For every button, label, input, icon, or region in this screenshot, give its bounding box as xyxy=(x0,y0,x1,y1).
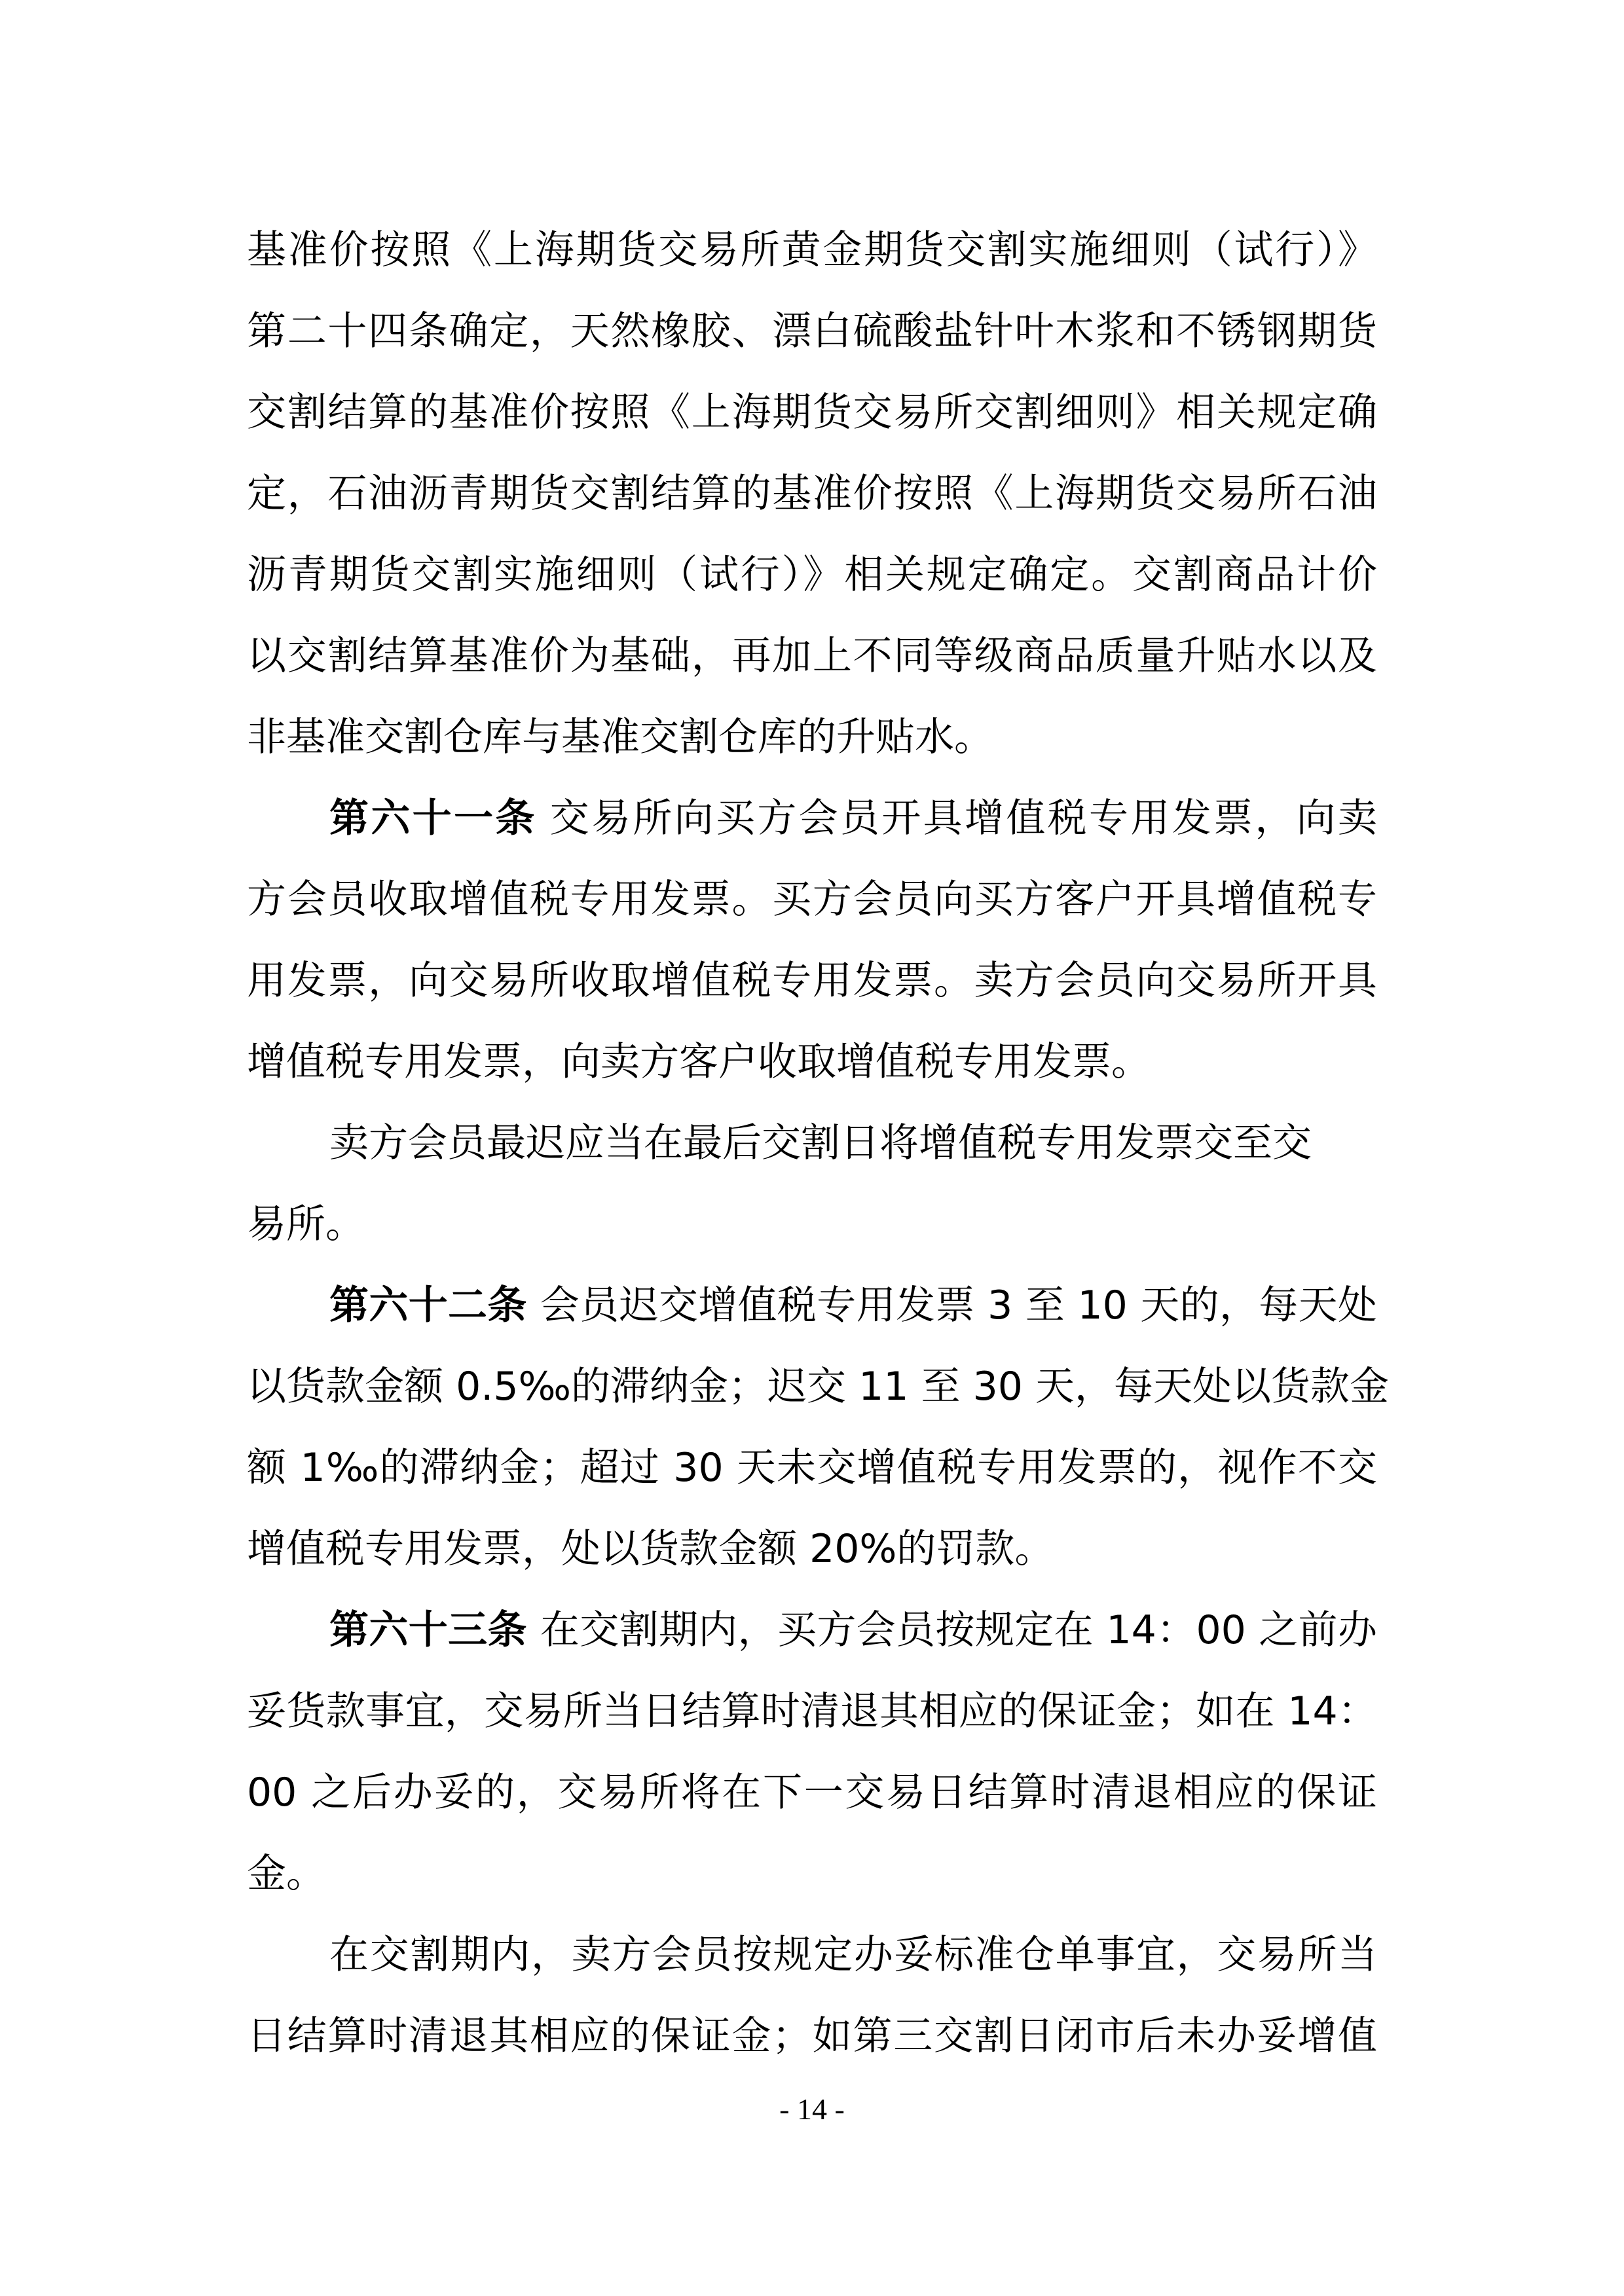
paragraph-continuation: 基准价按照《上海期货交易所黄金期货交割实施细则（试行）》 第二十四条确定，天然橡… xyxy=(247,210,1377,778)
article-text: 交易所向买方会员开具增值税专用发票，向卖 xyxy=(550,795,1377,841)
text-line: 易所。 xyxy=(247,1184,1377,1265)
text-line: 妥货款事宜，交易所当日结算时清退其相应的保证金；如在 14： xyxy=(247,1671,1377,1752)
text-line: 额 1‰的滞纳金；超过 30 天未交增值税专用发票的，视作不交 xyxy=(247,1427,1377,1508)
article-text: 在交割期内，买方会员按规定在 14：00 之前办 xyxy=(540,1607,1377,1653)
text-line: 以交割结算基准价为基础，再加上不同等级商品质量升贴水以及 xyxy=(247,615,1377,697)
article-63-paragraph-2: 在交割期内，卖方会员按规定办妥标准仓单事宜，交易所当 日结算时清退其相应的保证金… xyxy=(247,1914,1377,2077)
text-line: 非基准交割仓库与基准交割仓库的升贴水。 xyxy=(247,697,1377,778)
text-line: 以货款金额 0.5‰的滞纳金；迟交 11 至 30 天，每天处以货款金 xyxy=(247,1346,1377,1427)
document-body: 基准价按照《上海期货交易所黄金期货交割实施细则（试行）》 第二十四条确定，天然橡… xyxy=(247,210,1377,2077)
text-line: 金。 xyxy=(247,1833,1377,1914)
text-line: 基准价按照《上海期货交易所黄金期货交割实施细则（试行）》 xyxy=(247,210,1377,291)
article-first-line: 第六十一条交易所向买方会员开具增值税专用发票，向卖 xyxy=(247,778,1377,859)
page-number: - 14 - xyxy=(0,2090,1624,2129)
article-text: 会员迟交增值税专用发票 3 至 10 天的，每天处 xyxy=(540,1283,1377,1328)
article-61-paragraph-2: 卖方会员最迟应当在最后交割日将增值税专用发票交至交 易所。 xyxy=(247,1102,1377,1265)
text-line: 第二十四条确定，天然橡胶、漂白硫酸盐针叶木浆和不锈钢期货 xyxy=(247,291,1377,372)
document-page: 基准价按照《上海期货交易所黄金期货交割实施细则（试行）》 第二十四条确定，天然橡… xyxy=(0,0,1624,2296)
text-line: 交割结算的基准价按照《上海期货交易所交割细则》相关规定确 xyxy=(247,372,1377,453)
text-line: 00 之后办妥的，交易所将在下一交易日结算时清退相应的保证 xyxy=(247,1752,1377,1833)
text-line: 方会员收取增值税专用发票。买方会员向买方客户开具增值税专 xyxy=(247,859,1377,940)
text-line: 定，石油沥青期货交割结算的基准价按照《上海期货交易所石油 xyxy=(247,453,1377,534)
article-63: 第六十三条在交割期内，买方会员按规定在 14：00 之前办 妥货款事宜，交易所当… xyxy=(247,1590,1377,1914)
text-line: 增值税专用发票，向卖方客户收取增值税专用发票。 xyxy=(247,1021,1377,1102)
paragraph-first-line: 在交割期内，卖方会员按规定办妥标准仓单事宜，交易所当 xyxy=(247,1914,1377,1995)
article-62: 第六十二条会员迟交增值税专用发票 3 至 10 天的，每天处 以货款金额 0.5… xyxy=(247,1265,1377,1590)
text-line: 日结算时清退其相应的保证金；如第三交割日闭市后未办妥增值 xyxy=(247,1995,1377,2077)
text-line: 沥青期货交割实施细则（试行）》相关规定确定。交割商品计价 xyxy=(247,534,1377,615)
text-line: 增值税专用发票，处以货款金额 20%的罚款。 xyxy=(247,1508,1377,1590)
article-number: 第六十二条 xyxy=(329,1283,527,1328)
paragraph-first-line: 卖方会员最迟应当在最后交割日将增值税专用发票交至交 xyxy=(247,1102,1377,1184)
article-61: 第六十一条交易所向买方会员开具增值税专用发票，向卖 方会员收取增值税专用发票。买… xyxy=(247,778,1377,1102)
text-line: 用发票，向交易所收取增值税专用发票。卖方会员向交易所开具 xyxy=(247,940,1377,1021)
article-first-line: 第六十二条会员迟交增值税专用发票 3 至 10 天的，每天处 xyxy=(247,1265,1377,1346)
article-number: 第六十三条 xyxy=(329,1607,527,1653)
article-number: 第六十一条 xyxy=(329,795,537,841)
article-first-line: 第六十三条在交割期内，买方会员按规定在 14：00 之前办 xyxy=(247,1590,1377,1671)
